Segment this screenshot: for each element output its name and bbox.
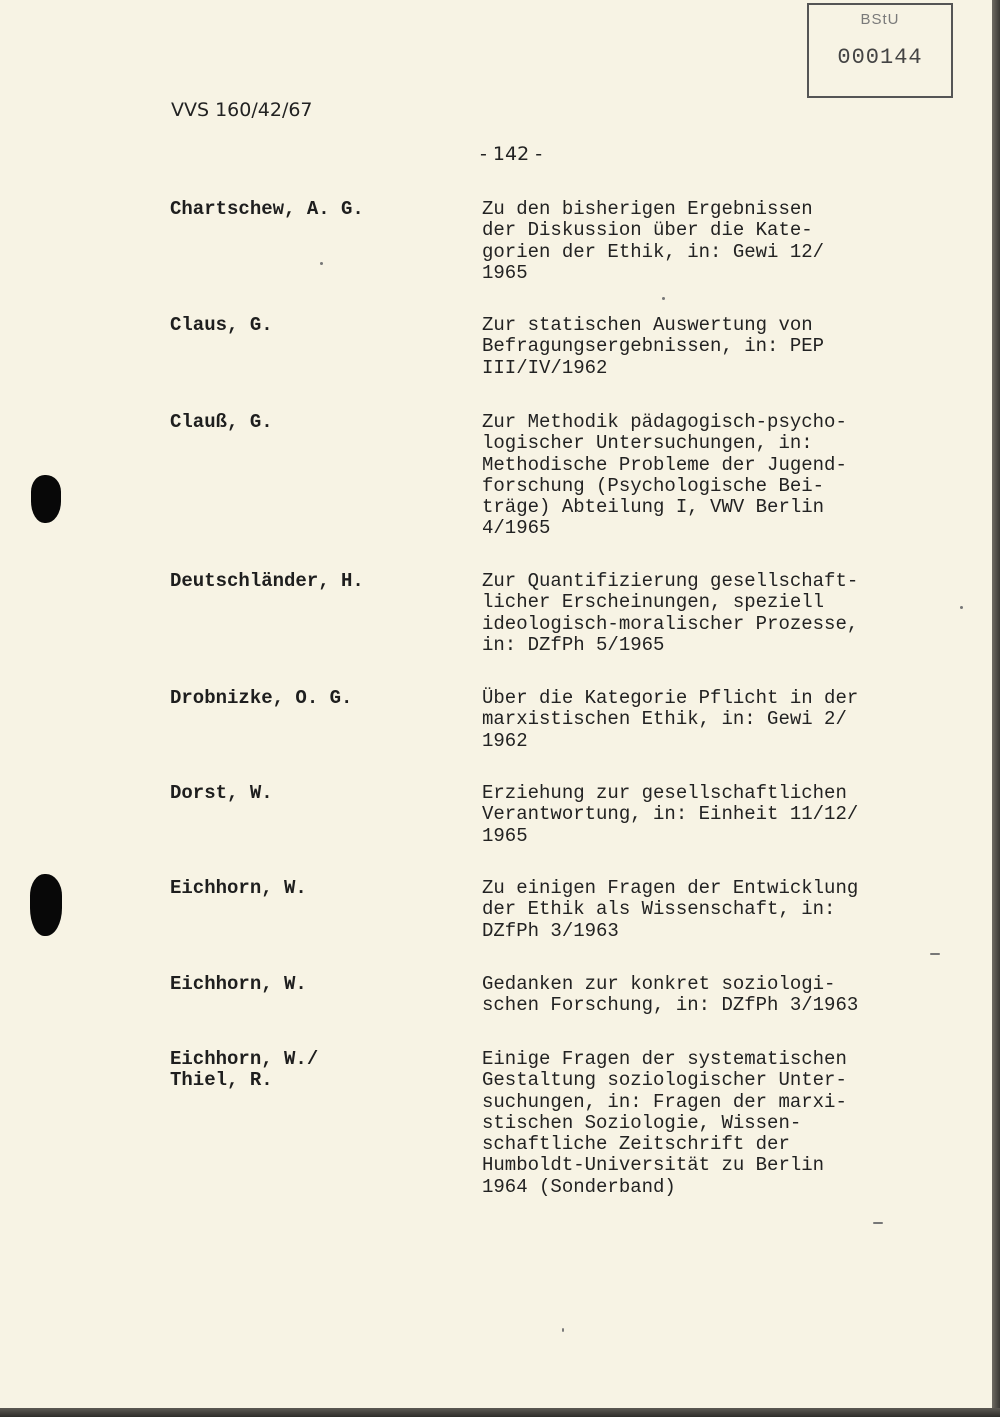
title-line: 1965 [482,263,942,284]
title-line: Zu einigen Fragen der Entwicklung [482,878,942,899]
title-line: 4/1965 [482,518,942,539]
title-line: Befragungsergebnissen, in: PEP [482,336,942,357]
title-line: Humboldt-Universität zu Berlin [482,1155,942,1176]
stamp-number: 000144 [809,45,951,70]
title-line: III/IV/1962 [482,358,942,379]
paper-speck [562,1328,564,1332]
entry-title: Erziehung zur gesellschaftlichen Verantw… [482,783,942,847]
title-line: Über die Kategorie Pflicht in der [482,688,942,709]
title-line: schaftliche Zeitschrift der [482,1134,942,1155]
title-line: träge) Abteilung I, VWV Berlin [482,497,942,518]
entry-title: Zur Quantifizierung gesellschaft- licher… [482,571,942,656]
title-line: Verantwortung, in: Einheit 11/12/ [482,804,942,825]
title-line: in: DZfPh 5/1965 [482,635,942,656]
title-line: der Diskussion über die Kate- [482,220,942,241]
entry-author: Eichhorn, W./ Thiel, R. [170,1049,460,1091]
entry-title: Zur Methodik pädagogisch-psycho- logisch… [482,412,942,540]
entry-author: Clauß, G. [170,412,460,433]
title-line: Einige Fragen der systematischen [482,1049,942,1070]
title-line: 1964 (Sonderband) [482,1177,942,1198]
entry-author: Eichhorn, W. [170,974,460,995]
title-line: schen Forschung, in: DZfPh 3/1963 [482,995,942,1016]
title-line: suchungen, in: Fragen der marxi- [482,1092,942,1113]
paper-speck [320,262,323,265]
entry-title: Zu den bisherigen Ergebnissen der Diskus… [482,199,942,284]
title-line: forschung (Psychologische Bei- [482,476,942,497]
title-line: stischen Soziologie, Wissen- [482,1113,942,1134]
paper-speck [873,1222,883,1224]
title-line: marxistischen Ethik, in: Gewi 2/ [482,709,942,730]
title-line: Zu den bisherigen Ergebnissen [482,199,942,220]
title-line: Methodische Probleme der Jugend- [482,455,942,476]
title-line: logischer Untersuchungen, in: [482,433,942,454]
title-line: 1962 [482,731,942,752]
title-line: Gedanken zur konkret soziologi- [482,974,942,995]
title-line: ideologisch-moralischer Prozesse, [482,614,942,635]
archive-stamp: BStU 000144 [807,3,953,98]
punch-hole-mark [31,475,61,523]
title-line: Zur statischen Auswertung von [482,315,942,336]
scan-edge-bottom [0,1408,1000,1417]
entry-author: Eichhorn, W. [170,878,460,899]
document-reference: VVS 160/42/67 [171,99,313,121]
title-line: der Ethik als Wissenschaft, in: [482,899,942,920]
paper-speck [662,297,665,300]
entry-author: Chartschew, A. G. [170,199,460,220]
title-line: 1965 [482,826,942,847]
title-line: gorien der Ethik, in: Gewi 12/ [482,242,942,263]
entry-author: Claus, G. [170,315,460,336]
page-number: - 142 - [480,143,542,165]
title-line: licher Erscheinungen, speziell [482,592,942,613]
title-line: Zur Quantifizierung gesellschaft- [482,571,942,592]
entry-title: Gedanken zur konkret soziologi- schen Fo… [482,974,942,1017]
title-line: Erziehung zur gesellschaftlichen [482,783,942,804]
entry-title: Einige Fragen der systematischen Gestalt… [482,1049,942,1198]
title-line: DZfPh 3/1963 [482,921,942,942]
entry-author: Drobnizke, O. G. [170,688,460,709]
stamp-label: BStU [809,11,951,28]
paper-speck [930,953,940,955]
paper-speck [960,606,963,609]
entry-title: Zu einigen Fragen der Entwicklung der Et… [482,878,942,942]
title-line: Zur Methodik pädagogisch-psycho- [482,412,942,433]
entry-author: Dorst, W. [170,783,460,804]
scan-edge-right [992,0,1000,1417]
punch-hole-mark [30,874,62,936]
entry-title: Zur statischen Auswertung von Befragungs… [482,315,942,379]
entry-title: Über die Kategorie Pflicht in der marxis… [482,688,942,752]
title-line: Gestaltung soziologischer Unter- [482,1070,942,1091]
entry-author: Deutschländer, H. [170,571,460,592]
document-page: BStU 000144 VVS 160/42/67 - 142 - Charts… [0,0,992,1410]
